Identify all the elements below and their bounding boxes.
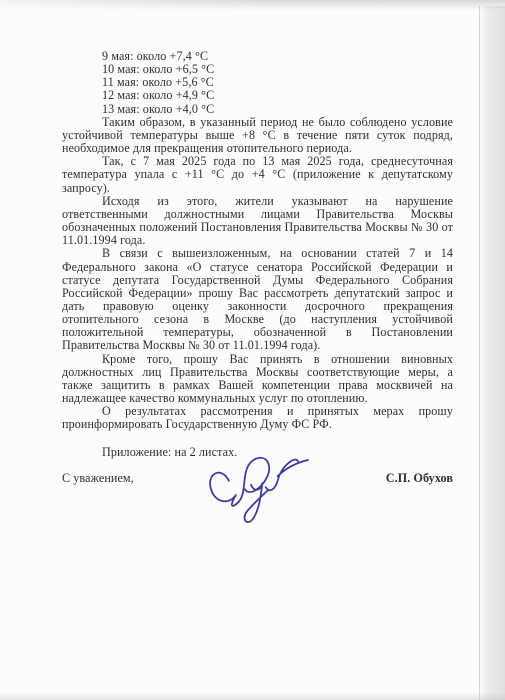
scanned-letter-page: 9 мая: около +7,4 °C 10 мая: около +6,5 … — [0, 0, 505, 700]
scan-shadow-bottom — [0, 692, 505, 700]
temperature-reading: 13 мая: около +4,0 °C — [62, 103, 453, 116]
letter-body: 9 мая: около +7,4 °C 10 мая: около +6,5 … — [62, 50, 453, 485]
paragraph-temperature-drop: Так, с 7 мая 2025 года по 13 мая 2025 го… — [62, 155, 453, 194]
paragraph-measures: Кроме того, прошу Вас принять в отношени… — [62, 353, 453, 406]
handwritten-signature — [201, 446, 320, 530]
scan-shadow-top — [0, 0, 505, 10]
paragraph-legal-request: В связи с вышеизложенным, на основании с… — [62, 247, 453, 352]
temperature-list: 9 мая: около +7,4 °C 10 мая: около +6,5 … — [62, 50, 453, 116]
closing-salutation: С уважением, — [62, 472, 134, 485]
paragraph-violation: Исходя из этого, жители указывают на нар… — [62, 195, 453, 248]
temperature-reading: 12 мая: около +4,9 °C — [62, 89, 453, 102]
scan-shadow-right — [479, 6, 505, 700]
signature-stroke — [209, 455, 311, 524]
paragraph-conclusion: Таким образом, в указанный период не был… — [62, 116, 453, 155]
signer-name: С.П. Обухов — [386, 472, 453, 485]
paragraph-inform-duma: О результатах рассмотрения и принятых ме… — [62, 405, 453, 431]
